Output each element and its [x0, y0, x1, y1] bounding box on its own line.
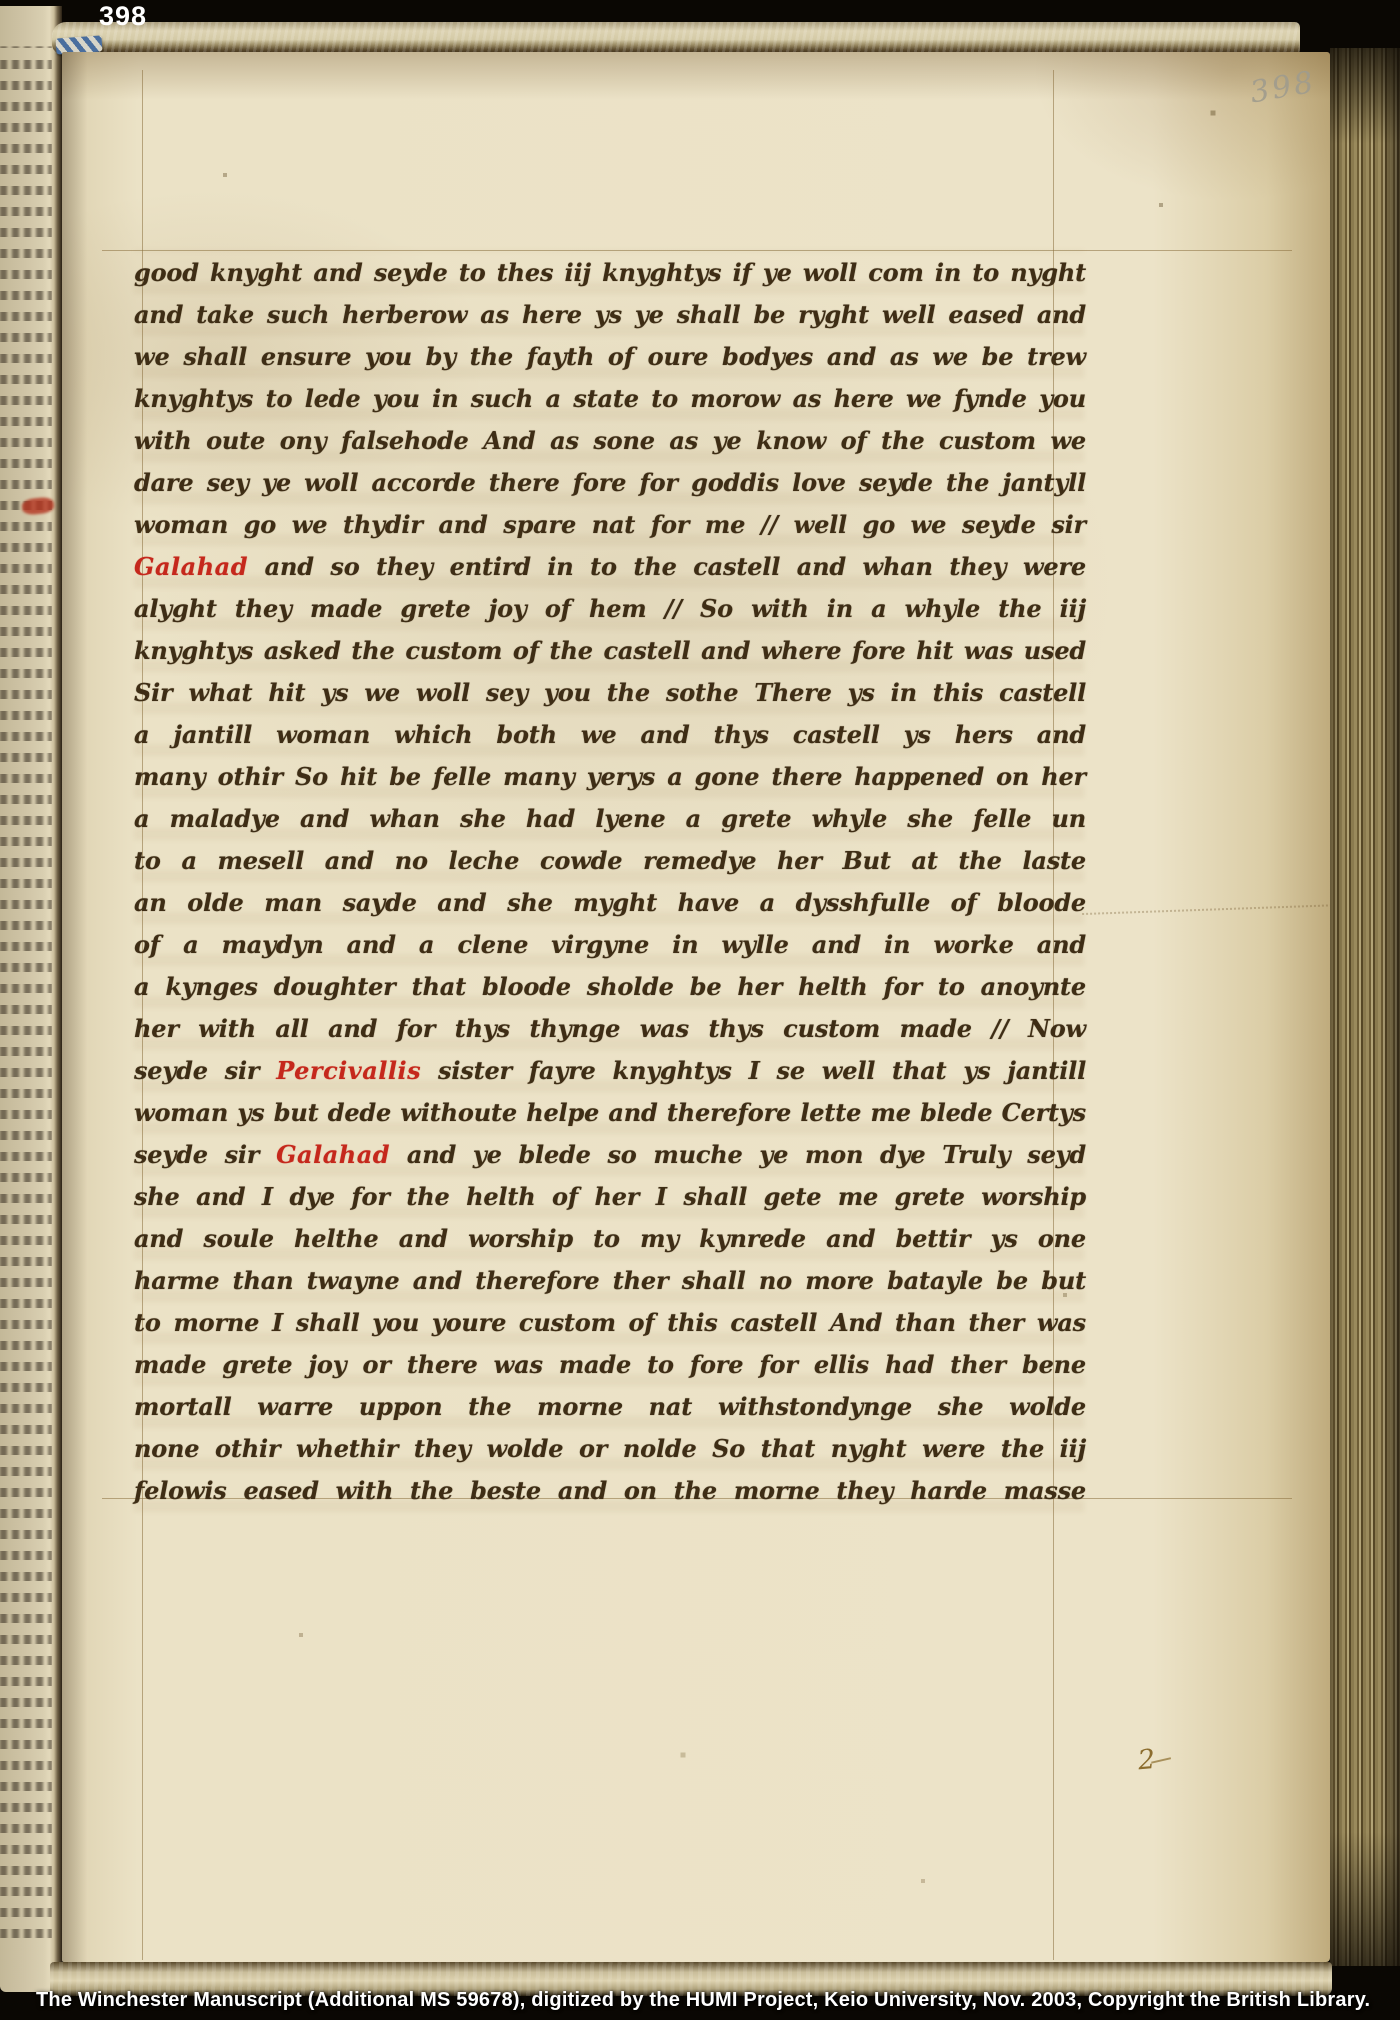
ink-text: she and I dye for the helth of her I sha…	[134, 1182, 1086, 1211]
ink-text: knyghtys to lede you in such a state to …	[134, 384, 1086, 413]
manuscript-line: to morne I shall you youre custom of thi…	[134, 1302, 1086, 1344]
folio-number-pencil: 398	[1247, 65, 1318, 111]
manuscript-line: woman go we thydir and spare nat for me …	[134, 504, 1086, 546]
manuscript-line: a maladye and whan she had lyene a grete…	[134, 798, 1086, 840]
ink-text: to morne I shall you youre custom of thi…	[134, 1308, 1086, 1337]
manuscript-line: felowis eased with the beste and on the …	[134, 1470, 1086, 1512]
manuscript-line: seyde sir Galahad and ye blede so muche …	[134, 1134, 1086, 1176]
ink-text: to a mesell and no leche cowde remedye h…	[134, 846, 1086, 875]
manuscript-line: knyghtys asked the custom of the castell…	[134, 630, 1086, 672]
parchment-specks	[62, 52, 64, 54]
manuscript-line: we shall ensure you by the fayth of oure…	[134, 336, 1086, 378]
ink-text: her with all and for thys thynge was thy…	[134, 1014, 1086, 1043]
page-number-label: 398	[99, 1, 147, 32]
ink-text: of a maydyn and a clene virgyne in wylle…	[134, 930, 1086, 959]
manuscript-text-block: good knyght and seyde to thes iij knyght…	[134, 252, 1086, 1512]
ink-text: and soule helthe and worship to my kynre…	[134, 1224, 1086, 1253]
manuscript-line: good knyght and seyde to thes iij knyght…	[134, 252, 1086, 294]
manuscript-page: 398 2 good knyght and seyde to thes iij …	[62, 52, 1330, 1962]
ink-text: seyde sir	[134, 1140, 276, 1169]
ink-text: and so they entird in to the castell and…	[248, 552, 1086, 581]
ink-text: a maladye and whan she had lyene a grete…	[134, 804, 1086, 833]
ink-text: knyghtys asked the custom of the castell…	[134, 636, 1086, 665]
photo-stage: 398 2 good knyght and seyde to thes iij …	[0, 0, 1400, 2020]
ink-text: dare sey ye woll accorde there fore for …	[134, 468, 1086, 497]
manuscript-line: of a maydyn and a clene virgyne in wylle…	[134, 924, 1086, 966]
ink-text: mortall warre uppon the morne nat withst…	[134, 1392, 1086, 1421]
ink-text: made grete joy or there was made to fore…	[134, 1350, 1086, 1379]
manuscript-line: many othir So hit be felle many yerys a …	[134, 756, 1086, 798]
facing-page-text-showthrough	[0, 46, 52, 1946]
manuscript-line: and soule helthe and worship to my kynre…	[134, 1218, 1086, 1260]
rubric-text: Galahad	[134, 552, 248, 581]
manuscript-line: and take such herberow as here ys ye sha…	[134, 294, 1086, 336]
manuscript-line: a jantill woman which both we and thys c…	[134, 714, 1086, 756]
ink-text: a jantill woman which both we and thys c…	[134, 720, 1086, 749]
ink-text: sister fayre knyghtys I se well that ys …	[421, 1056, 1086, 1085]
manuscript-line: alyght they made grete joy of hem // So …	[134, 588, 1086, 630]
book-top-edge	[52, 22, 1300, 54]
ink-text: good knyght and seyde to thes iij knyght…	[134, 258, 1086, 287]
manuscript-line: made grete joy or there was made to fore…	[134, 1344, 1086, 1386]
ink-text: and take such herberow as here ys ye sha…	[134, 300, 1086, 329]
ink-text: and ye blede so muche ye mon dye Truly s…	[390, 1140, 1086, 1169]
manuscript-line: Galahad and so they entird in to the cas…	[134, 546, 1086, 588]
manuscript-line: Sir what hit ys we woll sey you the soth…	[134, 672, 1086, 714]
manuscript-line: woman ys but dede withoute helpe and the…	[134, 1092, 1086, 1134]
manuscript-line: with oute ony falsehode And as sone as y…	[134, 420, 1086, 462]
facing-page-edge	[0, 6, 62, 1992]
ink-text: Sir what hit ys we woll sey you the soth…	[134, 678, 1086, 707]
book-fore-edge	[1330, 48, 1400, 1966]
manuscript-line: none othir whethir they wolde or nolde S…	[134, 1428, 1086, 1470]
ink-text: seyde sir	[134, 1056, 276, 1085]
ink-text: woman go we thydir and spare nat for me …	[134, 510, 1086, 539]
manuscript-line: mortall warre uppon the morne nat withst…	[134, 1386, 1086, 1428]
manuscript-line: to a mesell and no leche cowde remedye h…	[134, 840, 1086, 882]
ink-text: alyght they made grete joy of hem // So …	[134, 594, 1086, 623]
ink-text: with oute ony falsehode And as sone as y…	[134, 426, 1086, 455]
caption-text: The Winchester Manuscript (Additional MS…	[36, 1988, 1386, 2012]
manuscript-line: she and I dye for the helth of her I sha…	[134, 1176, 1086, 1218]
manuscript-line: seyde sir Percivallis sister fayre knygh…	[134, 1050, 1086, 1092]
ink-text: felowis eased with the beste and on the …	[134, 1476, 1086, 1505]
manuscript-line: her with all and for thys thynge was thy…	[134, 1008, 1086, 1050]
ink-text: a kynges doughter that bloode sholde be …	[134, 972, 1086, 1001]
manuscript-line: a kynges doughter that bloode sholde be …	[134, 966, 1086, 1008]
manuscript-line: an olde man sayde and she myght have a d…	[134, 882, 1086, 924]
ink-text: harme than twayne and therefore ther sha…	[134, 1266, 1086, 1295]
rubric-text: Percivallis	[276, 1056, 421, 1085]
quire-ink-mark: 2	[1137, 1743, 1173, 1777]
manuscript-line: harme than twayne and therefore ther sha…	[134, 1260, 1086, 1302]
ink-text: an olde man sayde and she myght have a d…	[134, 888, 1086, 917]
ink-text: we shall ensure you by the fayth of oure…	[134, 342, 1086, 371]
manuscript-line: dare sey ye woll accorde there fore for …	[134, 462, 1086, 504]
ink-text: woman ys but dede withoute helpe and the…	[134, 1098, 1086, 1127]
manuscript-line: knyghtys to lede you in such a state to …	[134, 378, 1086, 420]
ink-text: none othir whethir they wolde or nolde S…	[134, 1434, 1086, 1463]
rubric-text: Galahad	[276, 1140, 390, 1169]
parchment-crease	[1082, 903, 1372, 915]
ink-text: many othir So hit be felle many yerys a …	[134, 762, 1086, 791]
